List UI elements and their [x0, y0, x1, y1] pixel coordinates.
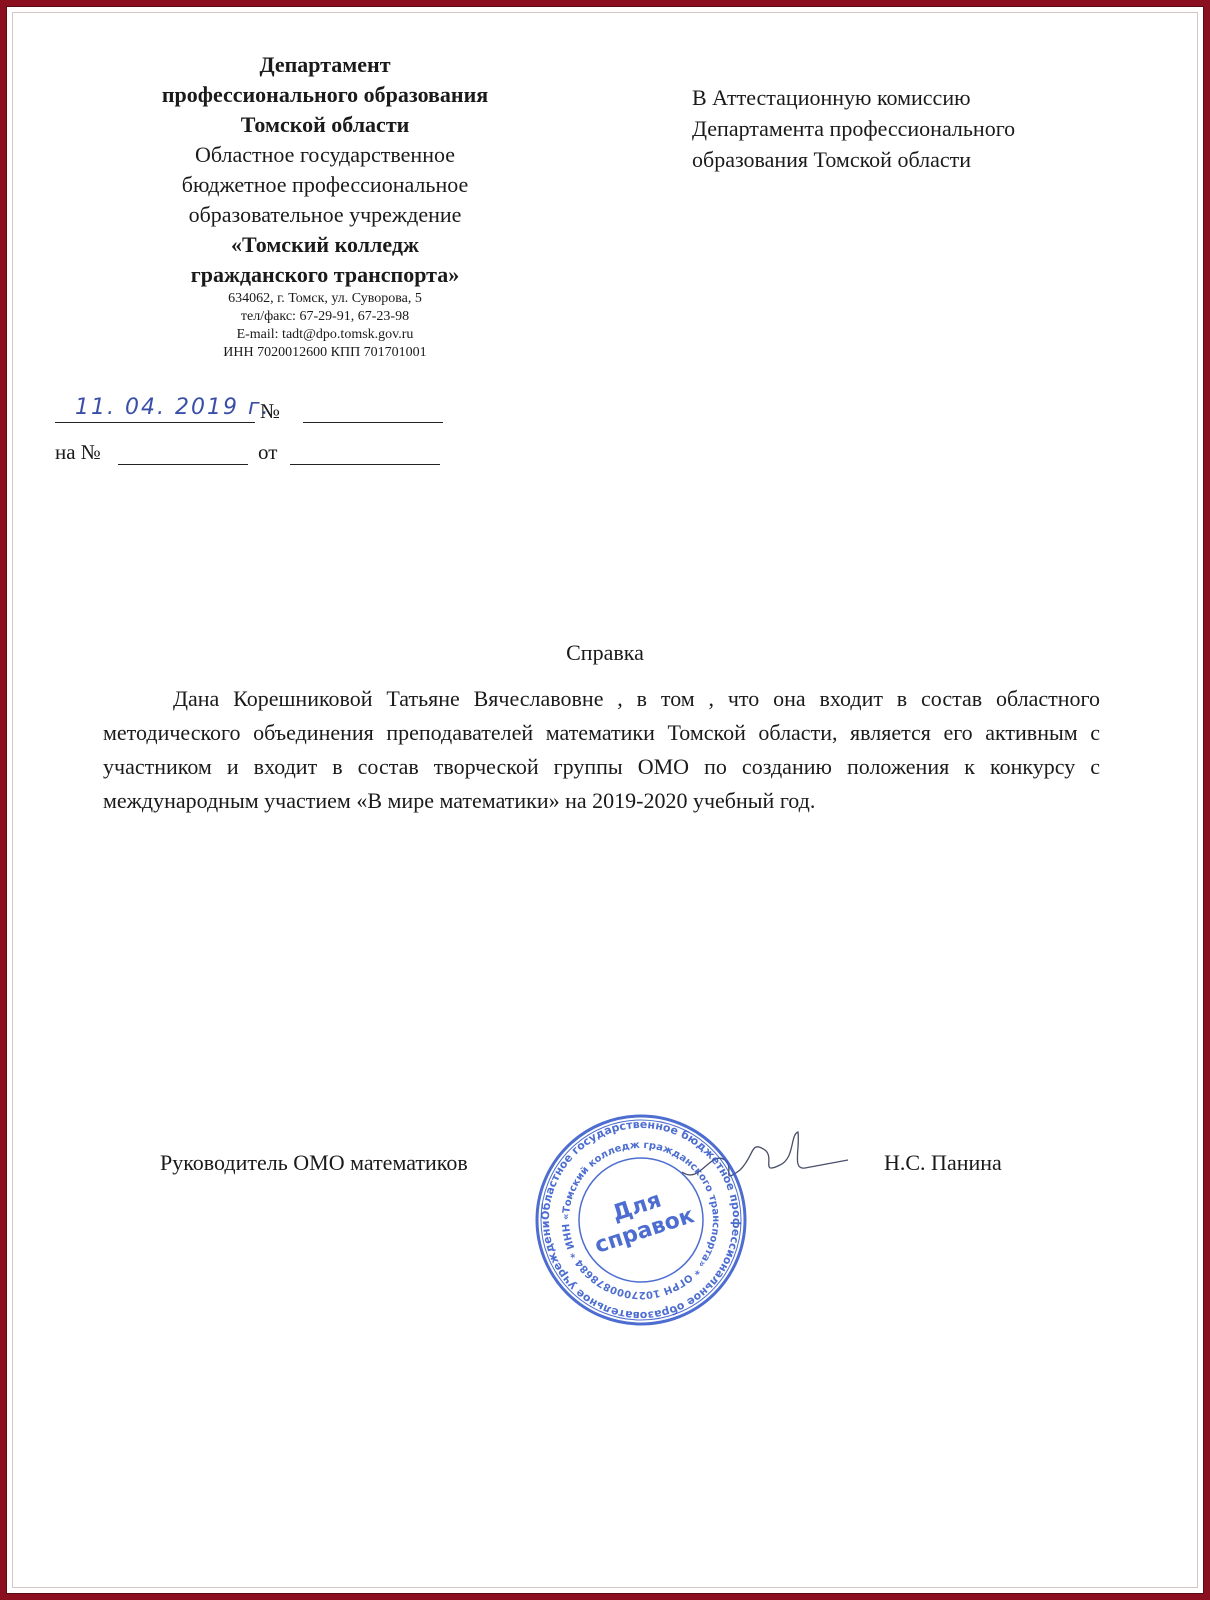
document-body: Дана Корешниковой Татьяне Вячеславовне ,… — [103, 682, 1100, 818]
number-underline — [303, 422, 443, 423]
org-line: Департамент — [100, 50, 550, 80]
from-label: от — [258, 440, 277, 465]
address: 634062, г. Томск, ул. Суворова, 5 — [100, 290, 550, 308]
institution-type: Областное государственное — [100, 140, 550, 170]
recipient-line: Департамента профессионального — [692, 113, 1015, 144]
recipient-block: В Аттестационную комиссию Департамента п… — [692, 82, 1015, 175]
signatory-role: Руководитель ОМО математиков — [160, 1150, 468, 1176]
handwritten-date: 11. 04. 2019 г. — [75, 395, 271, 420]
date-underline — [55, 422, 255, 423]
registration-date-line: 11. 04. 2019 г. № — [55, 395, 455, 425]
recipient-line: В Аттестационную комиссию — [692, 82, 1015, 113]
ref-label: на № — [55, 440, 101, 465]
institution-name: «Томский колледж — [100, 230, 550, 260]
phone: тел/факс: 67-29-91, 67-23-98 — [100, 308, 550, 326]
institution-name: гражданского транспорта» — [100, 260, 550, 290]
official-stamp-icon: Областное государственное бюджетное проф… — [516, 1110, 766, 1330]
institution-type: образовательное учреждение — [100, 200, 550, 230]
ref-underline — [118, 464, 248, 465]
letterhead: Департамент профессионального образовани… — [100, 50, 550, 362]
number-label: № — [260, 399, 280, 424]
document-title: Справка — [0, 640, 1210, 666]
org-line: Томской области — [100, 110, 550, 140]
reference-line: на № от — [55, 440, 455, 470]
signatory-name: Н.С. Панина — [884, 1150, 1002, 1176]
tax-ids: ИНН 7020012600 КПП 701701001 — [100, 344, 550, 362]
from-underline — [290, 464, 440, 465]
email: E-mail: tadt@dpo.tomsk.gov.ru — [100, 326, 550, 344]
institution-type: бюджетное профессиональное — [100, 170, 550, 200]
recipient-line: образования Томской области — [692, 144, 1015, 175]
org-line: профессионального образования — [100, 80, 550, 110]
